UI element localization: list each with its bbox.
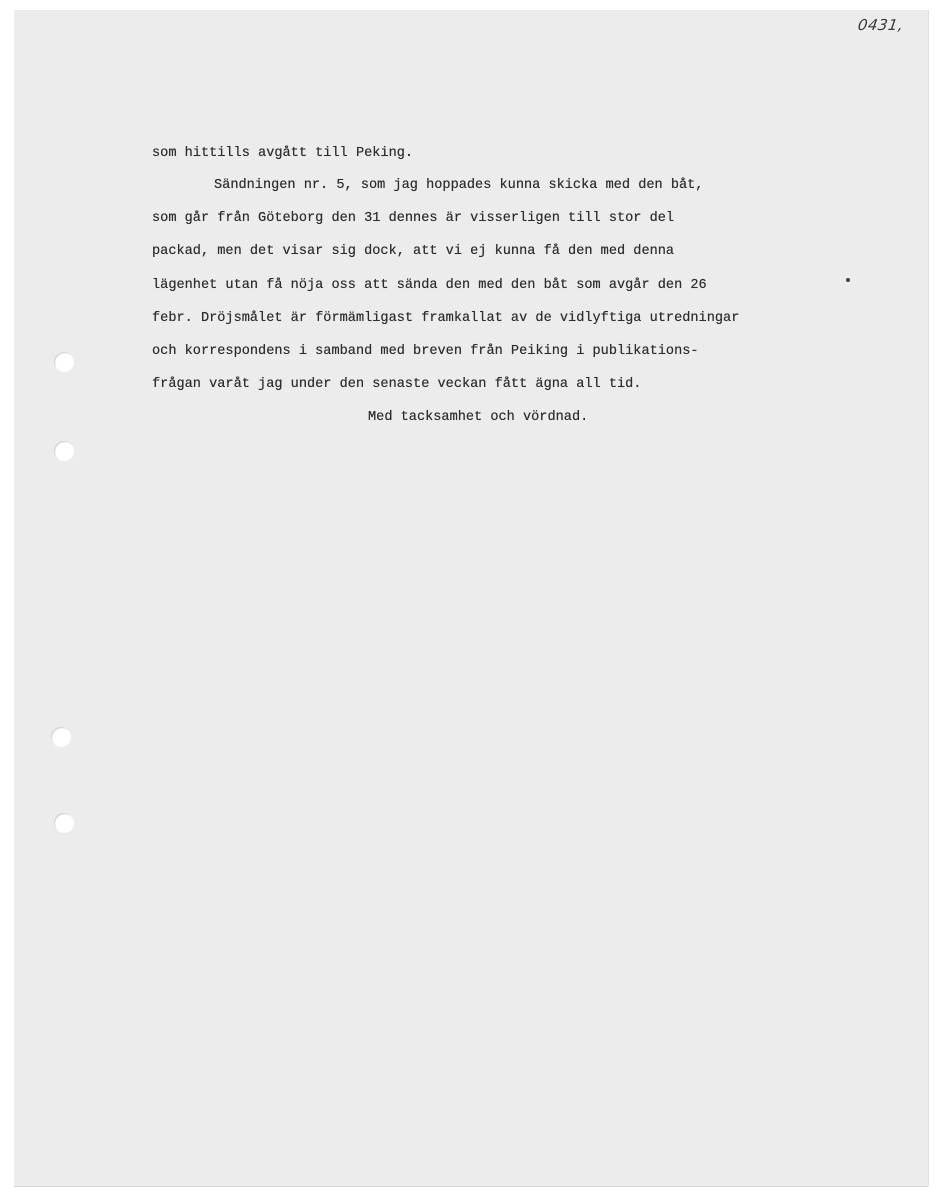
punch-hole (51, 727, 71, 747)
text-line-2: Sändningen nr. 5, som jag hoppades kunna… (214, 179, 703, 193)
closing-line: Med tacksamhet och vördnad. (368, 411, 588, 425)
text-line-1: som hittills avgått till Peking. (152, 147, 413, 161)
punch-hole (54, 352, 74, 372)
text-line-8: frågan varåt jag under den senaste vecka… (152, 378, 641, 392)
text-line-7: och korrespondens i samband med breven f… (152, 345, 699, 359)
punch-hole (54, 813, 74, 833)
page-number: 0431, (857, 16, 905, 34)
text-line-5: lägenhet utan få nöja oss att sända den … (152, 279, 707, 293)
text-line-4: packad, men det visar sig dock, att vi e… (152, 245, 674, 259)
text-line-6: febr. Dröjsmålet är förmämligast framkal… (152, 312, 739, 326)
punch-hole (54, 441, 74, 461)
ink-dot-mark (846, 278, 850, 282)
text-line-3: som går från Göteborg den 31 dennes är v… (152, 212, 674, 226)
